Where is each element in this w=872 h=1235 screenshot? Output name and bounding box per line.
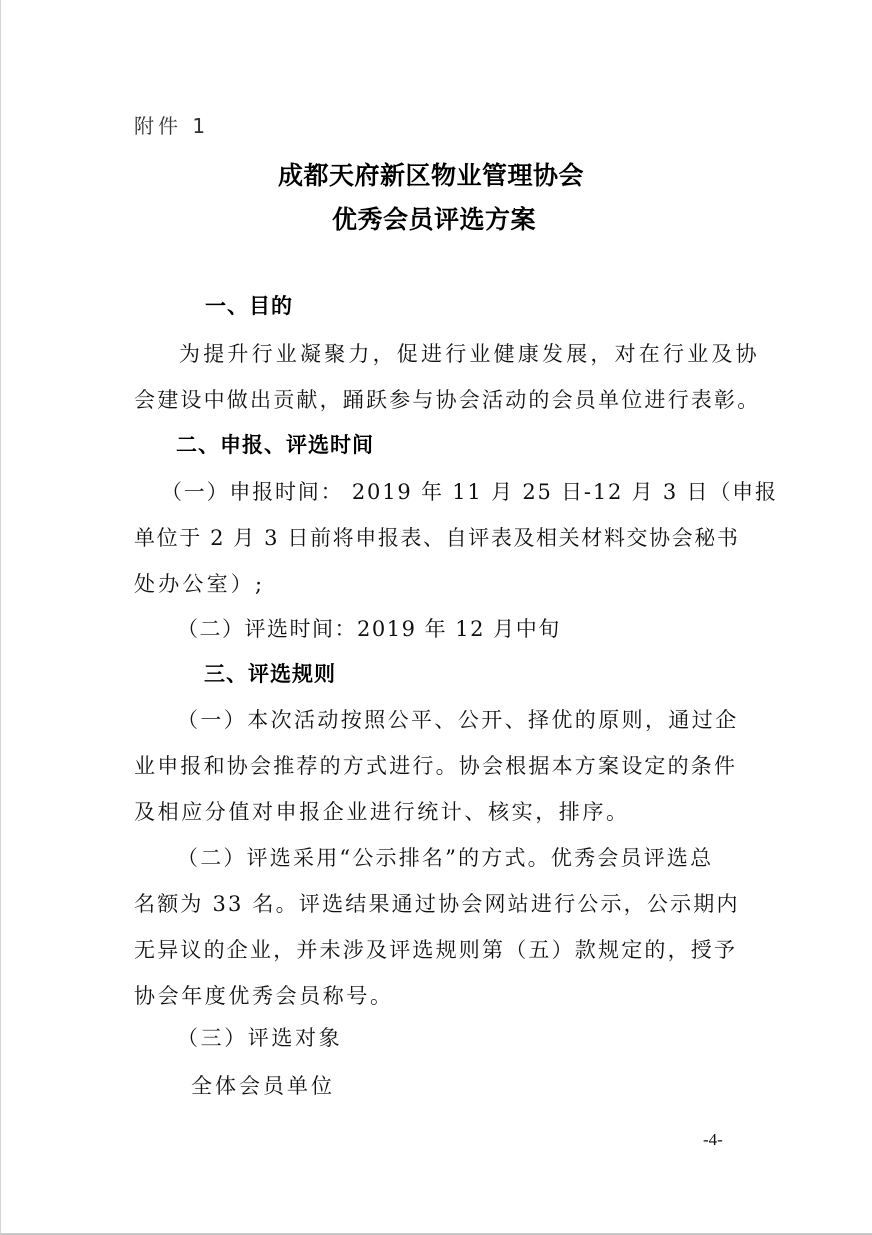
section-heading-purpose: 一、目的 [205, 292, 293, 320]
paragraph-line: （一）本次活动按照公平、公开、择优的原则，通过企 [177, 706, 739, 734]
subsection-heading-eligibility: （三）评选对象 [177, 1024, 342, 1052]
section-heading-rules: 三、评选规则 [204, 660, 336, 688]
paragraph-line: 为提升行业凝聚力，促进行业健康发展，对在行业及协 [179, 340, 760, 368]
document-page: 附件 1 成都天府新区物业管理协会 优秀会员评选方案 一、目的 为提升行业凝聚力… [0, 0, 872, 1235]
paragraph-line: （一）申报时间： 2019 年 11 月 25 日-12 月 3 日（申报 [161, 478, 778, 506]
attachment-label: 附件 1 [134, 112, 209, 140]
paragraph-line: 全体会员单位 [191, 1072, 335, 1100]
paragraph-line: 协会年度优秀会员称号。 [134, 982, 394, 1010]
paragraph-line: （二）评选时间：2019 年 12 月中旬 [177, 615, 561, 643]
page-number: -4- [703, 1126, 723, 1154]
paragraph-line: 名额为 33 名。评选结果通过协会网站进行公示，公示期内 [134, 890, 740, 918]
document-title-line-1: 成都天府新区物业管理协会 [278, 160, 584, 192]
document-title-line-2: 优秀会员评选方案 [332, 204, 536, 236]
paragraph-line: 无异议的企业，并未涉及评选规则第（五）款规定的，授予 [134, 936, 737, 964]
paragraph-line: 业申报和协会推荐的方式进行。协会根据本方案设定的条件 [134, 752, 737, 780]
paragraph-line: 会建设中做出贡献，踊跃参与协会活动的会员单位进行表彰。 [134, 386, 760, 414]
paragraph-line: 单位于 2 月 3 日前将申报表、自评表及相关材料交协会秘书 [134, 524, 739, 552]
section-heading-timeline: 二、申报、评选时间 [176, 431, 374, 459]
paragraph-line: （二）评选采用“公示排名”的方式。优秀会员评选总 [177, 844, 713, 872]
paragraph-line: 及相应分值对申报企业进行统计、核实，排序。 [134, 798, 630, 826]
paragraph-line: 处办公室）; [134, 570, 265, 598]
